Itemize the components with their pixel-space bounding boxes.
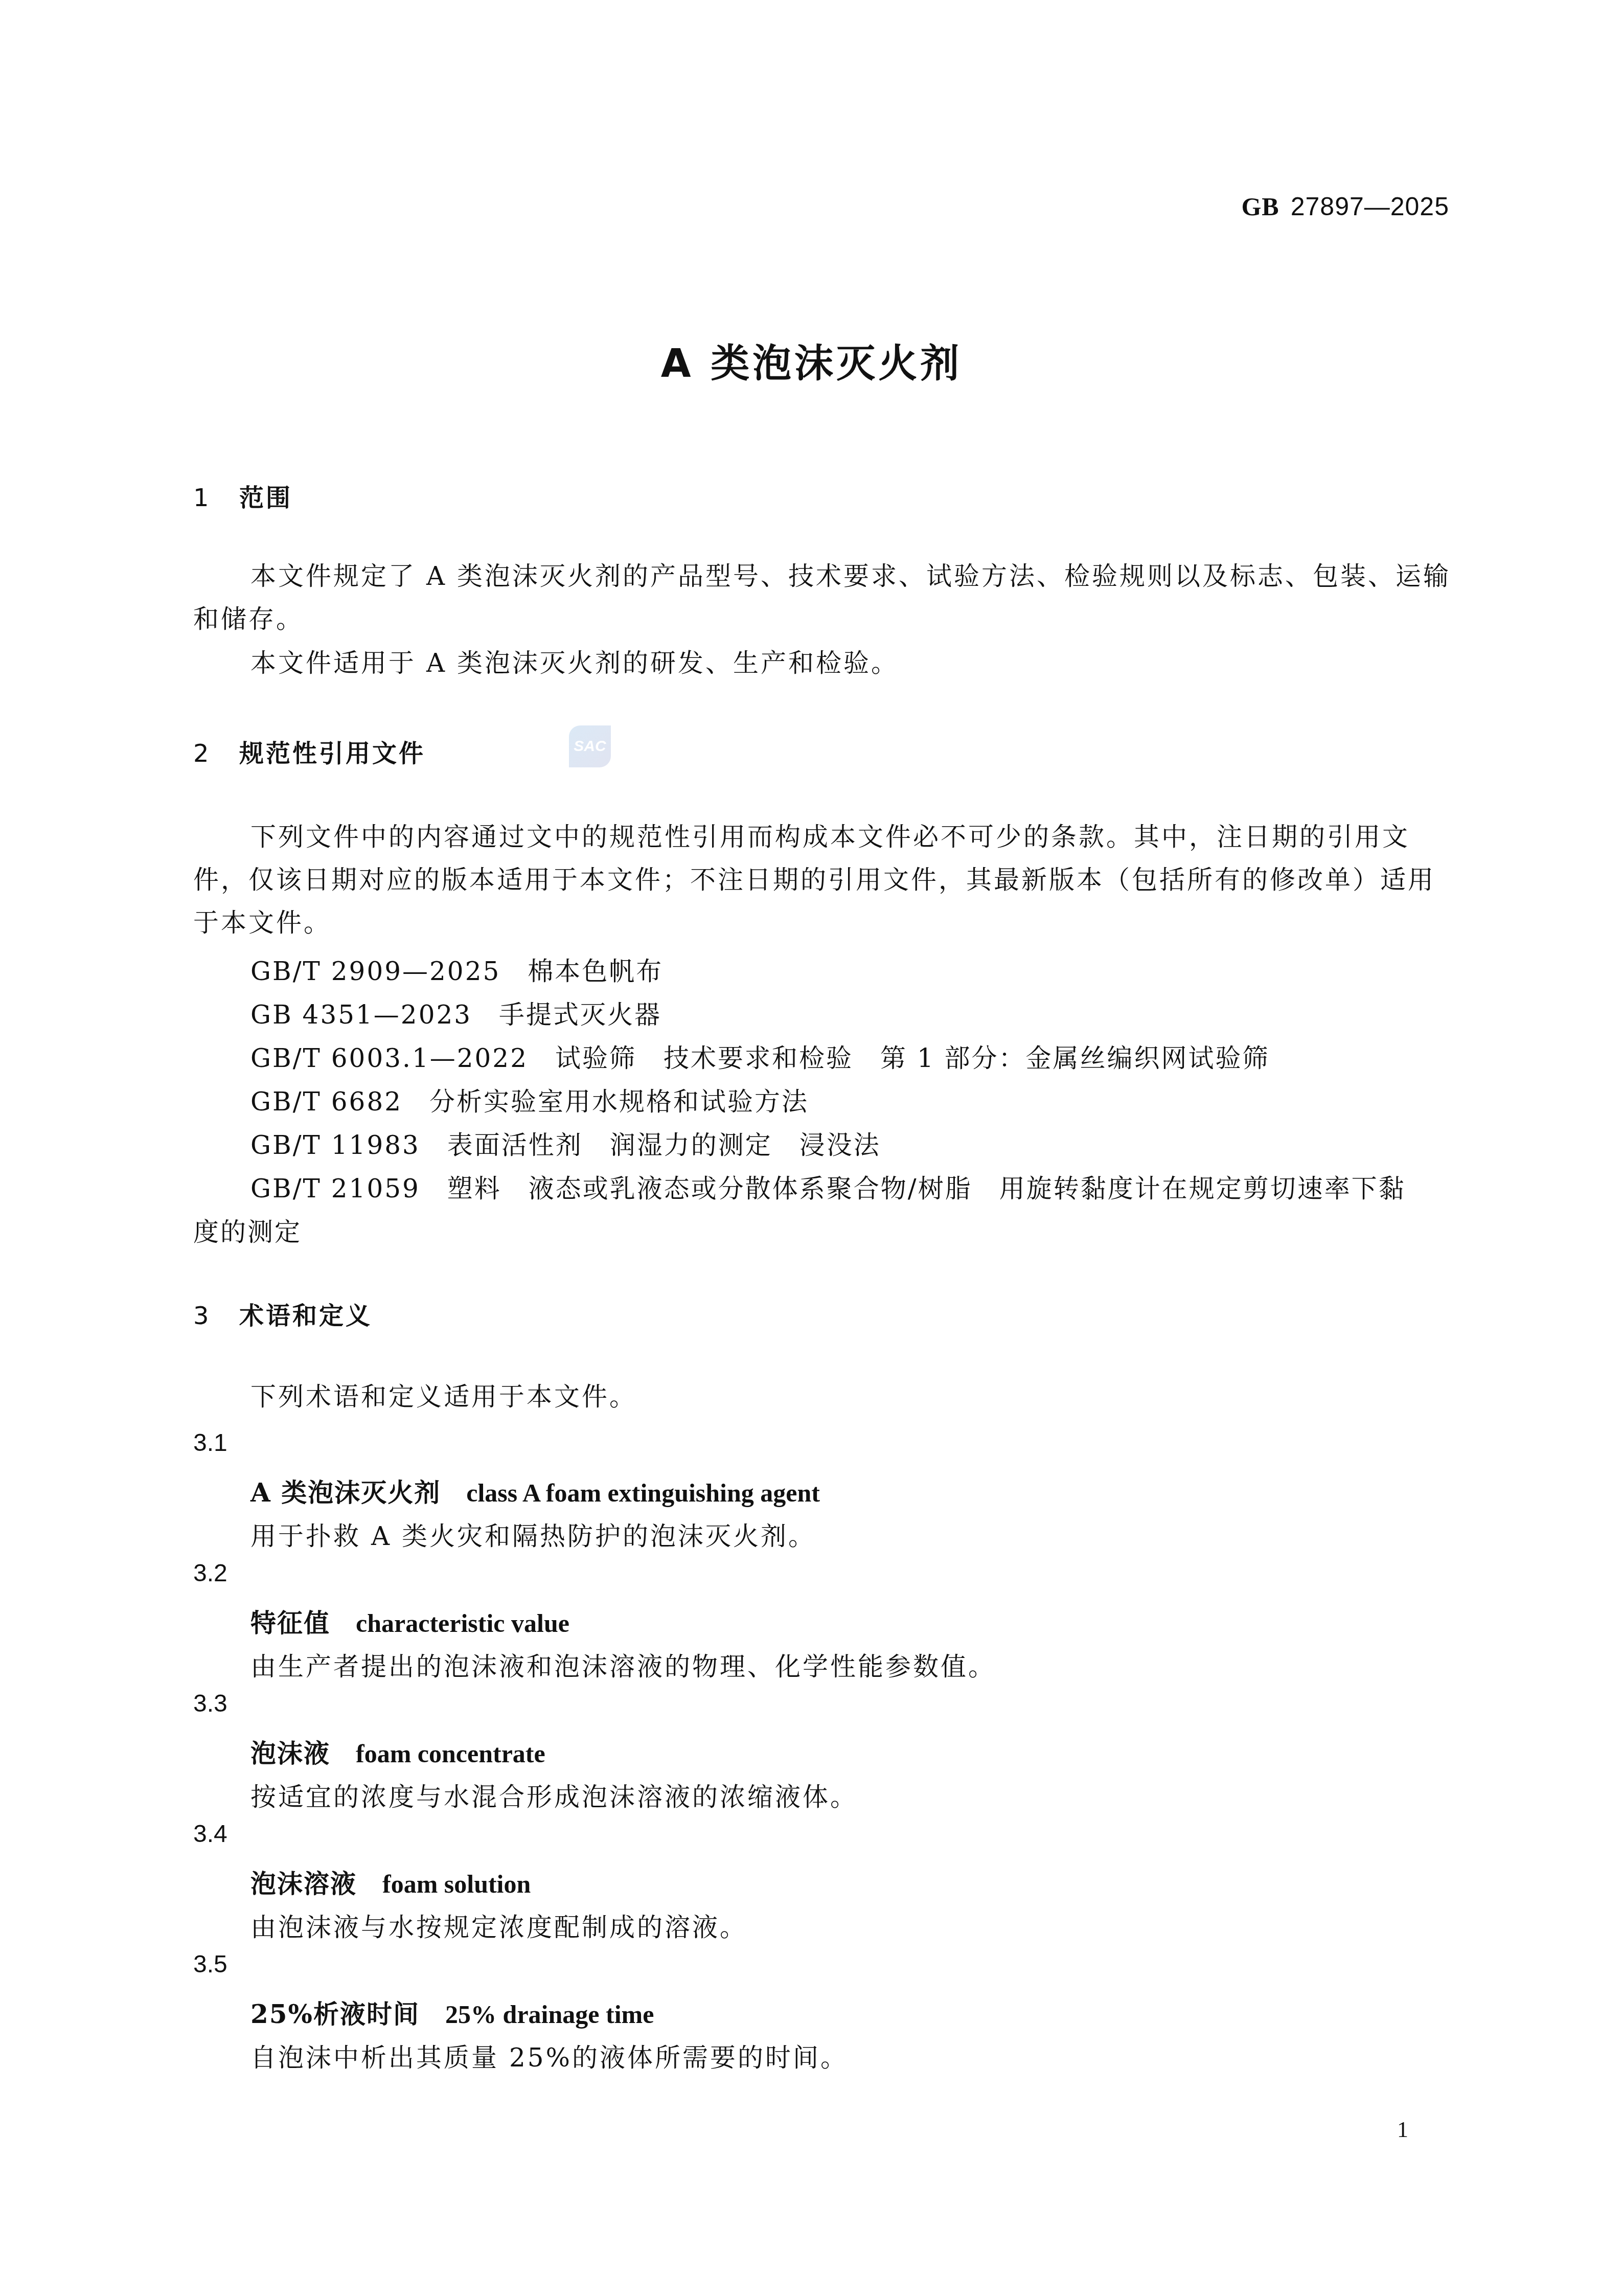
section-heading-2: 2规范性引用文件	[193, 734, 425, 769]
term-definition: 按适宜的浓度与水混合形成泡沫溶液的浓缩液体。	[250, 1777, 858, 1813]
term-name: 泡沫溶液foam solution	[250, 1863, 531, 1900]
section-title: 规范性引用文件	[239, 739, 425, 768]
section-number: 1	[193, 484, 239, 512]
reference-item: GB/T 6682 分析实验室用水规格和试验方法	[250, 1081, 809, 1118]
paragraph-terms-intro: 下列术语和定义适用于本文件。	[193, 1375, 1456, 1418]
term-number: 3.5	[193, 1950, 227, 1979]
term-number: 3.3	[193, 1690, 227, 1718]
term-name: A 类泡沫灭火剂class A foam extinguishing agent	[250, 1472, 820, 1509]
reference-item: GB 4351—2023 手提式灭火器	[250, 994, 661, 1031]
term-number: 3.2	[193, 1559, 227, 1587]
reference-item: GB/T 21059 塑料 液态或乳液态或分散体系聚合物/树脂 用旋转黏度计在规…	[250, 1168, 1406, 1205]
term-name: 特征值characteristic value	[250, 1603, 569, 1640]
paragraph-normative-intro: 下列文件中的内容通过文中的规范性引用而构成本文件必不可少的条款。其中，注日期的引…	[193, 815, 1456, 944]
paragraph-scope: 本文件规定了 A 类泡沫灭火剂的产品型号、技术要求、试验方法、检验规则以及标志、…	[193, 555, 1456, 641]
term-name: 泡沫液foam concentrate	[250, 1733, 545, 1770]
term-definition: 由泡沫液与水按规定浓度配制成的溶液。	[250, 1907, 747, 1944]
section-title: 术语和定义	[239, 1302, 372, 1330]
term-definition: 用于扑救 A 类火灾和隔热防护的泡沫灭火剂。	[250, 1516, 816, 1553]
section-heading-1: 1范围	[193, 478, 292, 513]
reference-item-continuation: 度的测定	[193, 1212, 302, 1248]
sac-watermark-logo: SAC	[569, 725, 611, 767]
paragraph-applicability: 本文件适用于 A 类泡沫灭火剂的研发、生产和检验。	[193, 642, 1456, 685]
section-number: 3	[193, 1302, 239, 1330]
reference-item: GB/T 2909—2025 棉本色帆布	[250, 951, 663, 988]
section-title: 范围	[239, 484, 292, 512]
section-number: 2	[193, 739, 239, 768]
standard-code: GB27897—2025	[1241, 192, 1449, 221]
document-title: A 类泡沫灭火剂	[0, 332, 1623, 388]
standard-number: 27897—2025	[1291, 192, 1449, 221]
term-definition: 自泡沫中析出其质量 25%的液体所需要的时间。	[250, 2037, 848, 2074]
reference-item: GB/T 6003.1—2022 试验筛 技术要求和检验 第 1 部分：金属丝编…	[250, 1038, 1270, 1075]
term-number: 3.1	[193, 1429, 227, 1457]
standard-prefix: GB	[1241, 192, 1279, 221]
term-number: 3.4	[193, 1820, 227, 1848]
section-heading-3: 3术语和定义	[193, 1296, 372, 1331]
page-number: 1	[1397, 2117, 1408, 2143]
reference-item: GB/T 11983 表面活性剂 润湿力的测定 浸没法	[250, 1125, 881, 1162]
term-definition: 由生产者提出的泡沫液和泡沫溶液的物理、化学性能参数值。	[250, 1646, 996, 1683]
term-name: 25%析液时间25% drainage time	[250, 1994, 654, 2031]
